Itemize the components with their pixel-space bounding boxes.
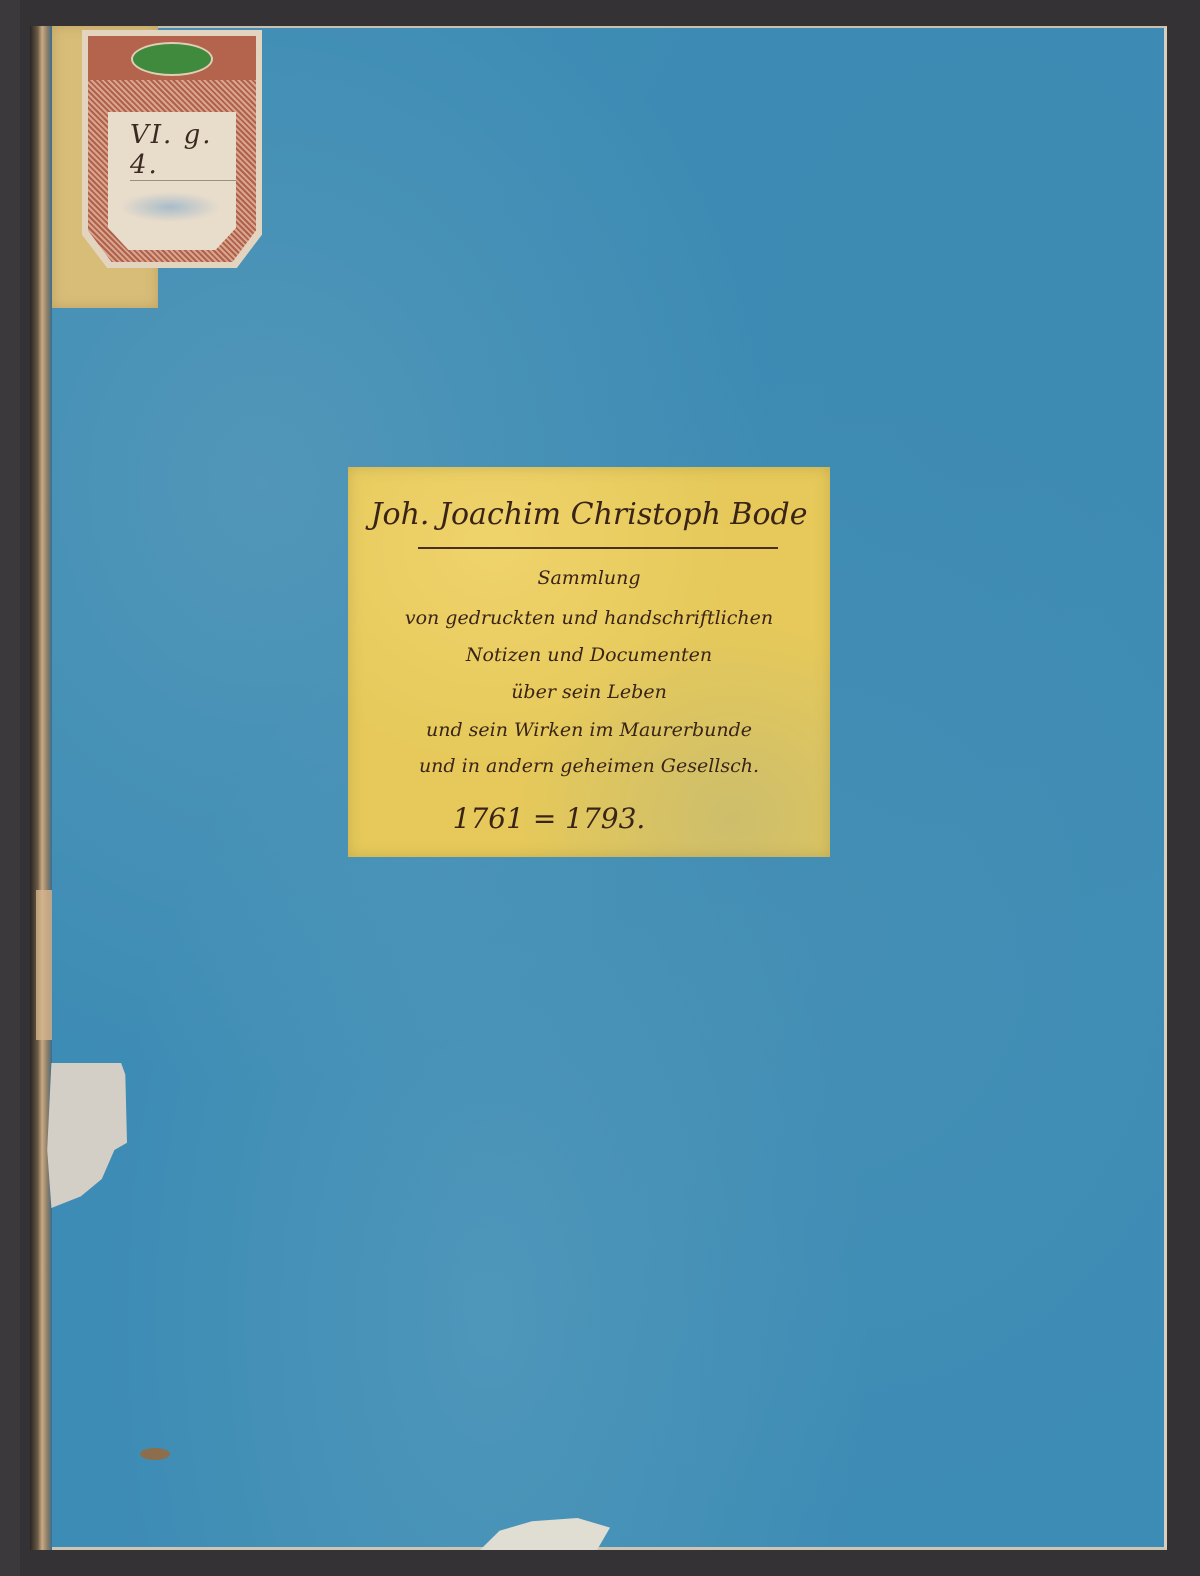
date-range: 1761 = 1793. xyxy=(308,802,790,835)
shelf-label-inner-field: VI. g. 4. xyxy=(108,112,236,250)
ink-smudge xyxy=(120,192,220,222)
background-edge xyxy=(0,0,20,1576)
author-underline xyxy=(418,547,778,549)
shelf-label: VI. g. 4. xyxy=(82,30,262,268)
title-label: Joh. Joachim Christoph Bode Sammlung von… xyxy=(348,467,830,857)
shelf-label-green-oval xyxy=(131,42,213,76)
spine-wear-patch xyxy=(36,890,52,1040)
title-line-4: über sein Leben xyxy=(348,681,830,703)
title-line-6: und in andern geheimen Gesellsch. xyxy=(348,755,830,777)
title-line-1: Sammlung xyxy=(348,567,830,589)
shelf-mark: VI. g. 4. xyxy=(130,120,236,181)
book-spine xyxy=(30,26,52,1550)
title-line-3: Notizen und Documenten xyxy=(348,644,830,666)
author-name: Joh. Joachim Christoph Bode xyxy=(348,497,830,532)
title-line-2: von gedruckten und handschriftlichen xyxy=(348,607,830,629)
title-line-5: und sein Wirken im Maurerbunde xyxy=(348,719,830,741)
brown-stain xyxy=(140,1448,170,1460)
